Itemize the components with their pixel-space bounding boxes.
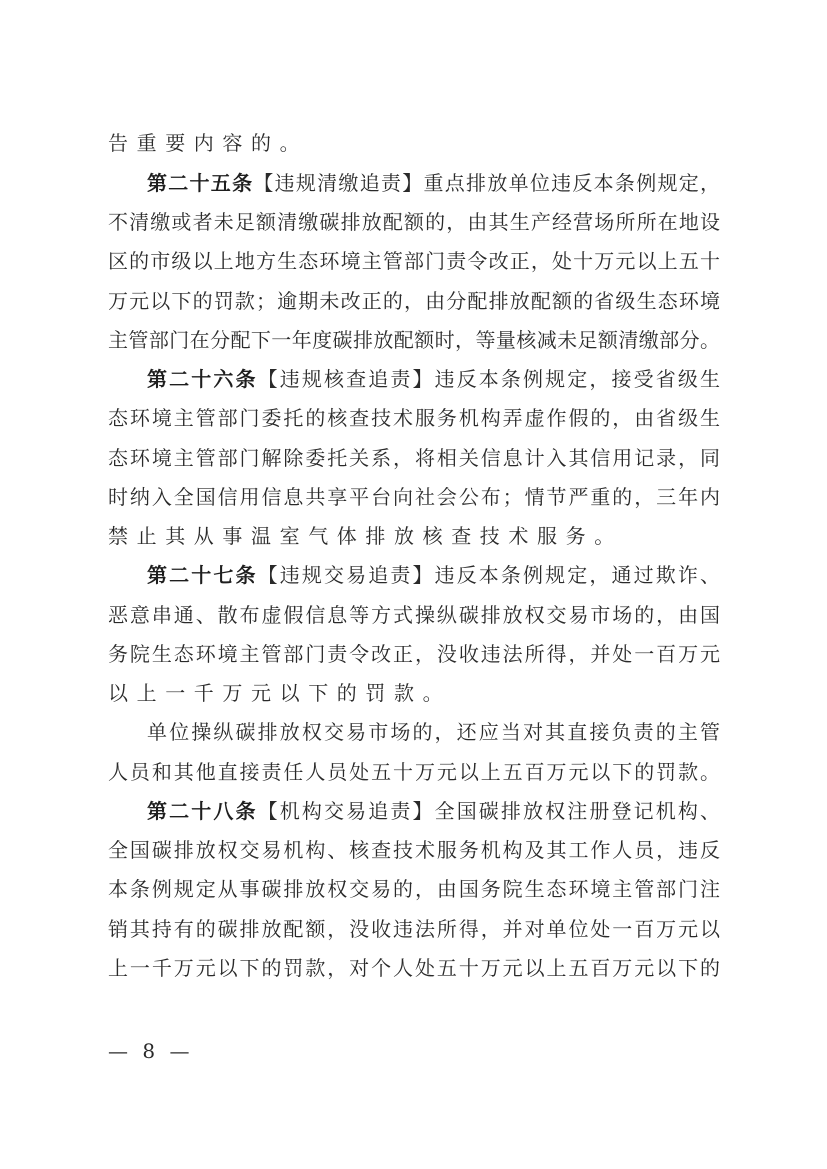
text-line: 态环境主管部门委托的核查技术服务机构弄虚作假的，由省级生 (108, 403, 720, 433)
text-line: 告重要内容的。 (108, 128, 720, 158)
text-line: 以上一千万元以下的罚款。 (108, 678, 720, 708)
article-26-heading-line: 第二十六条【违规核查追责】违反本条例规定，接受省级生 (147, 364, 720, 394)
text-line: 恶意串通、散布虚假信息等方式操纵碳排放权交易市场的，由国 (108, 600, 720, 630)
article-25-heading-line: 第二十五条【违规清缴追责】重点排放单位违反本条例规定， (147, 168, 720, 198)
article-text: 【机构交易追责】全国碳排放权注册登记机构、 (258, 799, 720, 823)
text-line: 时纳入全国信用信息共享平台向社会公布；情节严重的，三年内 (108, 482, 720, 512)
article-text: 【违规清缴追责】重点排放单位违反本条例规定， (253, 171, 720, 195)
text-line: 不清缴或者未足额清缴碳排放配额的，由其生产经营场所所在地设 (108, 207, 720, 237)
article-number: 第二十六条 (147, 367, 258, 391)
text-line: 人员和其他直接责任人员处五十万元以上五百万元以下的罚款。 (108, 757, 720, 787)
article-27-heading-line: 第二十七条【违规交易追责】违反本条例规定，通过欺诈、 (147, 560, 720, 590)
text-line: 全国碳排放权交易机构、核查技术服务机构及其工作人员，违反 (108, 835, 720, 865)
article-28-heading-line: 第二十八条【机构交易追责】全国碳排放权注册登记机构、 (147, 796, 720, 826)
text-line: 万元以下的罚款；逾期未改正的，由分配排放配额的省级生态环境 (108, 286, 720, 316)
text-line: 本条例规定从事碳排放权交易的，由国务院生态环境主管部门注 (108, 874, 720, 904)
text-line: 态环境主管部门解除委托关系，将相关信息计入其信用记录，同 (108, 443, 720, 473)
article-number: 第二十八条 (147, 799, 258, 823)
page-number: — 8 — (108, 1036, 193, 1066)
article-number: 第二十五条 (147, 171, 253, 195)
document-page: 告重要内容的。 第二十五条【违规清缴追责】重点排放单位违反本条例规定， 不清缴或… (0, 0, 827, 1169)
text-line: 上一千万元以下的罚款，对个人处五十万元以上五百万元以下的 (108, 953, 720, 983)
text-line: 区的市级以上地方生态环境主管部门责令改正，处十万元以上五十 (108, 246, 720, 276)
text-line: 禁止其从事温室气体排放核查技术服务。 (108, 521, 720, 551)
article-text: 【违规交易追责】违反本条例规定，通过欺诈、 (258, 563, 720, 587)
article-text: 【违规核查追责】违反本条例规定，接受省级生 (258, 367, 720, 391)
text-line: 主管部门在分配下一年度碳排放配额时，等量核减未足额清缴部分。 (108, 325, 720, 355)
paragraph-first-line: 单位操纵碳排放权交易市场的，还应当对其直接负责的主管 (147, 717, 720, 747)
article-number: 第二十七条 (147, 563, 258, 587)
text-line: 务院生态环境主管部门责令改正，没收违法所得，并处一百万元 (108, 639, 720, 669)
text-line: 销其持有的碳排放配额，没收违法所得，并对单位处一百万元以 (108, 914, 720, 944)
